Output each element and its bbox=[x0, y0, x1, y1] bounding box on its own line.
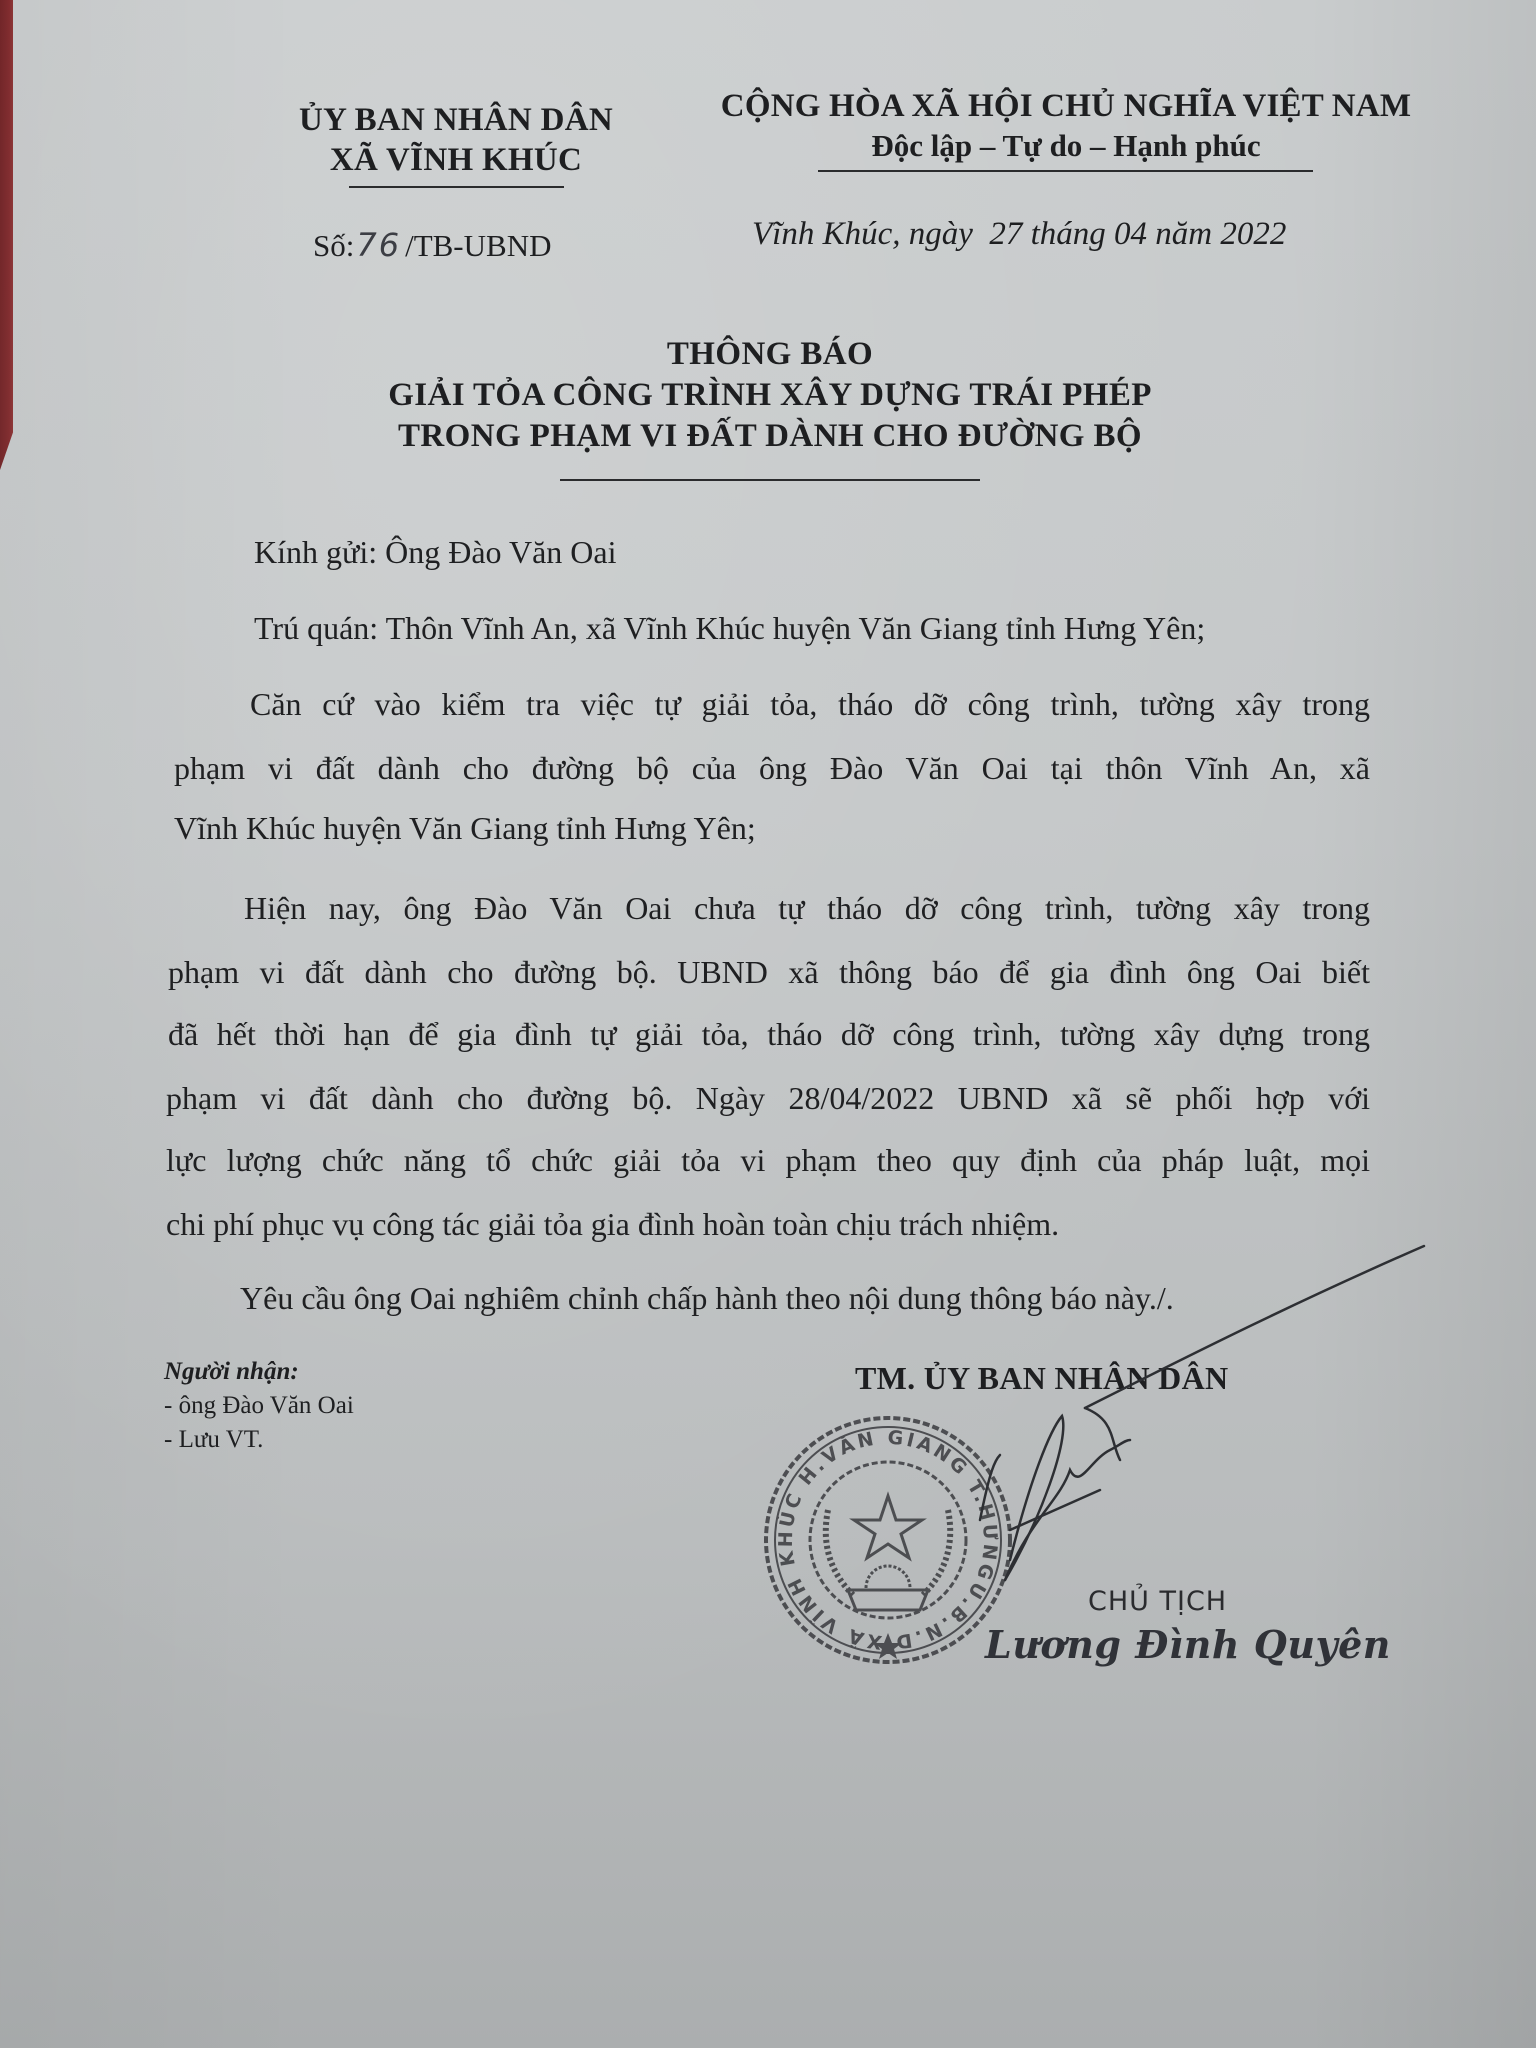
official-stamp-icon: U.B.N.D XÃ VĨNH KHÚC H.VĂN GIANG T.HƯNG … bbox=[736, 1389, 1039, 1692]
stamp-and-signature-layer: U.B.N.D XÃ VĨNH KHÚC H.VĂN GIANG T.HƯNG … bbox=[0, 0, 1536, 2048]
emblem-star-icon bbox=[854, 1496, 922, 1558]
signature-stroke-icon bbox=[980, 1246, 1424, 1580]
